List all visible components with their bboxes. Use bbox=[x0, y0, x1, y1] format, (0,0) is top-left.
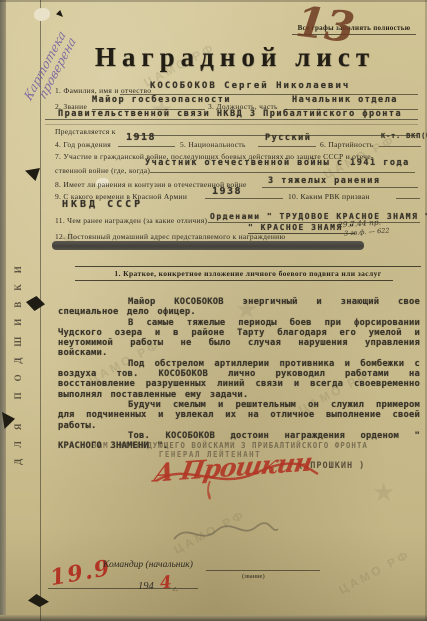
citation-paragraph: Под обстрелом артиллерии противника и бо… bbox=[58, 359, 420, 400]
field-5-label: 5. Национальность bbox=[180, 140, 246, 149]
field-6-label: 6. Партийность bbox=[320, 140, 373, 149]
field-11-value-line1: Орденами " ТРУДОВОЕ КРАСНОЕ ЗНАМЯ " bbox=[210, 212, 427, 221]
red-ink-signature: А Прошкин bbox=[148, 447, 323, 509]
field-3-value-continuation: Правительственной связи НКВД 3 Прибалтий… bbox=[58, 109, 402, 119]
section-divider-rule bbox=[75, 266, 421, 267]
form-rule bbox=[150, 172, 415, 173]
ink-blot bbox=[26, 296, 45, 311]
form-rule bbox=[45, 124, 418, 125]
ink-blot bbox=[25, 168, 40, 181]
citation-paragraph: Будучи смелым и решительным он служил пр… bbox=[58, 400, 420, 431]
form-rule bbox=[262, 187, 418, 188]
signature-rule bbox=[206, 570, 320, 571]
scan-edge-left bbox=[0, 0, 6, 621]
field-11-label: 11. Чем ранее награжден (за какие отличи… bbox=[55, 216, 207, 225]
field-1-value: КОСОБОКОВ Сергей Николаевич bbox=[150, 81, 350, 91]
form-rule bbox=[45, 119, 418, 120]
field-4-label: 4. Год рождения bbox=[55, 140, 111, 149]
scan-edge-bottom bbox=[0, 615, 427, 621]
field-3-value: Начальник отдела bbox=[292, 95, 398, 105]
field-8-value: 3 тяжелых ранения bbox=[268, 176, 381, 186]
field-9-value: 1938 bbox=[212, 186, 242, 197]
field-11-handwritten-note-line2: 3 гв.ф. — 622 bbox=[344, 226, 390, 237]
citation-paragraph: В самые тяжелые периоды боев при форсиро… bbox=[58, 318, 420, 359]
year-suffix: г. bbox=[173, 584, 178, 593]
printed-year: 194 bbox=[138, 581, 154, 592]
field-6-value: К-т. ВКП(б) bbox=[381, 132, 427, 140]
red-signature-flourish bbox=[148, 447, 323, 509]
scan-edge-top bbox=[0, 0, 427, 2]
field-12-label: 12. Постоянный домашний адрес представля… bbox=[55, 232, 285, 241]
rank-caption: (звание) bbox=[242, 573, 265, 580]
section-divider-rule bbox=[75, 280, 393, 281]
form-rule bbox=[205, 198, 283, 199]
handwritten-year-digit: 4 bbox=[159, 572, 173, 593]
field-4-value: 1918 bbox=[126, 132, 156, 143]
section-heading: 1. Краткое, конкретное изложение личного… bbox=[75, 269, 421, 278]
form-rule bbox=[118, 146, 175, 147]
field-7-label-line2: ственной войне (где, когда) bbox=[55, 166, 150, 175]
ink-blot bbox=[56, 10, 63, 17]
citation-text: Майор КОСОБОКОВ энергичный и знающий сво… bbox=[58, 297, 420, 451]
citation-paragraph: Майор КОСОБОКОВ энергичный и знающий сво… bbox=[58, 297, 420, 318]
redaction-bar bbox=[52, 241, 364, 250]
ink-blot bbox=[28, 594, 49, 607]
form-rule bbox=[258, 146, 316, 147]
form-rule bbox=[379, 146, 421, 147]
form-rule bbox=[396, 198, 420, 199]
presented-for-label: Представляется к bbox=[55, 127, 116, 136]
pencil-signature bbox=[170, 520, 282, 548]
filing-vertical-label: ДЛЯ ПОДШИВКИ bbox=[13, 255, 23, 465]
field-5-value: Русский bbox=[265, 133, 311, 143]
field-7-value: Участник отечественной войны с 1941 года bbox=[145, 158, 410, 168]
document-title: Наградной лист bbox=[60, 42, 410, 73]
archive-watermark: ЦАМО РФ bbox=[336, 547, 412, 597]
field-10-label: 10. Каким РВК призван bbox=[288, 192, 370, 201]
star-watermark-icon: ★ bbox=[372, 478, 395, 508]
award-sheet-document: ЦАМО РФ ЦАМО РФ ЦАМО РФ ЦАМО РФ ЦАМО РФ … bbox=[0, 0, 427, 621]
field-10-value: НКВД СССР bbox=[62, 199, 143, 210]
commander-label: Командир (начальник) bbox=[103, 560, 193, 570]
paper-tear bbox=[34, 8, 50, 21]
